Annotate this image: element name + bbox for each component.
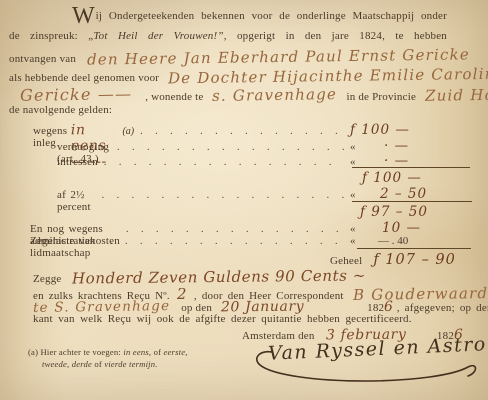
percent-amount-handwriting: 2 – 50 xyxy=(380,186,427,202)
received-from-label: ontvangen van xyxy=(9,53,76,65)
total-label: Geheel xyxy=(330,255,362,267)
document-page: Wij Ondergeteekenden bekennen voor de on… xyxy=(0,0,488,400)
intro-line-4: als hebbende deel genomen voor De Dochte… xyxy=(9,67,488,85)
drop-cap-rest: ij xyxy=(96,10,103,22)
inleg-amount-cell: ƒ 100 — xyxy=(350,122,472,138)
row-subtotal-2: ƒ 97 – 50 xyxy=(360,204,428,220)
drop-cap-w: W xyxy=(72,3,96,29)
footnote-pre-text: Hier achter te voegen: xyxy=(41,347,122,357)
zegge-label: Zegge xyxy=(33,273,61,285)
ditto-mark: « xyxy=(350,223,370,235)
footnote-italic-2: eerste, xyxy=(164,347,188,357)
verhooging-amount-cell: « · — xyxy=(350,138,472,154)
ditto-mark: « xyxy=(350,189,370,201)
leader-dots xyxy=(117,142,344,153)
beneficiary-name-handwriting: De Dochter Hijacinthe Emilie Caroline xyxy=(168,65,488,88)
footnote-mid-1: , of xyxy=(149,347,161,357)
motto-post: , opgerigt in den jare 1824, te hebben xyxy=(224,30,447,42)
zegel-amount-cell: « — . 40 xyxy=(350,235,472,247)
intro-line-5: Gericke —— , wonende te s. Gravenhage in… xyxy=(20,85,488,104)
footnote-italic-3: tweede, xyxy=(42,359,69,369)
intressen-label: intressen xyxy=(57,156,98,168)
footnote-line-2: tweede, derde of vierde termijn. xyxy=(42,359,158,369)
admin-amount-cell: « 10 — xyxy=(350,220,472,236)
sum-rule-1 xyxy=(352,167,470,168)
intro-line-2: de zinspreuk: „Tot Heil der Vrouwen!”, o… xyxy=(9,30,447,42)
residence-handwriting: s. Gravenhage xyxy=(212,85,337,105)
intro-line-1-text: Ondergeteekenden bekennen voor de onderl… xyxy=(109,10,447,22)
footnote-italic-5: vierde termijn. xyxy=(104,359,157,369)
zegel-label: Zegelacte van lidmaatschap xyxy=(30,235,104,259)
leader-dots xyxy=(104,157,344,168)
footnote-marker: (a) xyxy=(28,347,38,357)
footnote-line-1: (a) Hier achter te voegen: in eens, of e… xyxy=(28,347,188,357)
leader-dots xyxy=(102,190,344,201)
motto-text: Tot Heil der Vrouwen!” xyxy=(93,30,223,42)
subtotal-2-handwriting: ƒ 97 – 50 xyxy=(360,204,428,220)
verhooging-amount-handwriting: · — xyxy=(384,138,409,154)
residing-label: , wonende te xyxy=(145,91,203,103)
ditto-mark: « xyxy=(350,141,370,153)
certification-line: kant van welk Reçu wij ook de afgifte de… xyxy=(33,313,412,325)
on-behalf-label: als hebbende deel genomen voor xyxy=(9,72,159,84)
leader-dots xyxy=(140,126,344,137)
amount-in-words-line: Zegge Honderd Zeven Guldens 90 Cents ∼ xyxy=(33,268,367,286)
beneficiary-surname-handwriting: Gericke —— xyxy=(20,84,132,105)
total-rule xyxy=(357,248,471,249)
province-label: in de Provincie xyxy=(346,91,416,103)
total-amount-handwriting: ƒ 107 – 90 xyxy=(373,252,456,268)
percent-label: af 2½ percent xyxy=(57,189,96,213)
footnote-italic-4: derde xyxy=(72,359,92,369)
leader-dots xyxy=(110,236,344,247)
intro-line-1: Wij Ondergeteekenden bekennen voor de on… xyxy=(72,10,447,22)
zegel-amount-printed: — . 40 xyxy=(378,235,408,247)
sum-rule-2 xyxy=(352,201,472,202)
leader-dots xyxy=(126,224,344,235)
motto-pre: de zinspreuk: „ xyxy=(9,30,93,42)
intro-line-6: de navolgende gelden: xyxy=(9,104,112,116)
percent-amount-cell: « 2 – 50 xyxy=(350,186,472,202)
admin-amount-handwriting: 10 — xyxy=(382,220,421,236)
inleg-amount-handwriting: ƒ 100 — xyxy=(350,122,410,138)
intro-line-3: ontvangen van den Heere Jan Eberhard Pau… xyxy=(9,48,470,66)
footnote-mid-2: of xyxy=(94,359,102,369)
row-total: Geheel ƒ 107 – 90 xyxy=(330,252,456,268)
subtotal-1-handwriting: ƒ 100 — xyxy=(362,170,422,186)
row-subtotal-1: ƒ 100 — xyxy=(362,170,422,186)
footnote-italic-1: in eens xyxy=(123,347,149,357)
footnote-ref-a: (a) xyxy=(122,126,134,137)
ditto-mark: « xyxy=(350,235,370,247)
province-handwriting: Zuid Holland xyxy=(425,85,488,105)
signature-flourish-icon xyxy=(246,348,482,398)
